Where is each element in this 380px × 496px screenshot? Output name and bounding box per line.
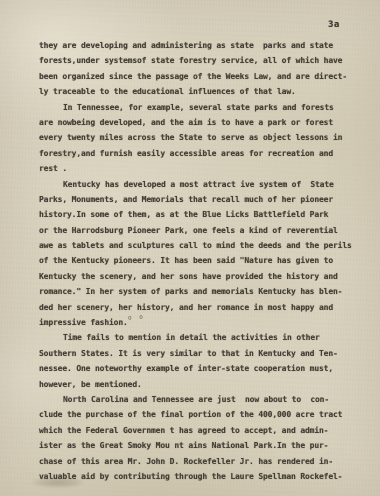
text-line: impressive fashion. <box>39 315 359 330</box>
text-line: Time fails to mention in detail the acti… <box>39 330 359 345</box>
text-line: Kentucky has developed a most attract iv… <box>39 177 359 192</box>
text-line: ded her scenery, her history, and her ro… <box>39 300 359 315</box>
page-number: 3a <box>328 20 340 30</box>
text-line: are nowbeing developed, and the aim is t… <box>39 115 359 130</box>
text-line: every twenty miles across the State to s… <box>39 130 359 145</box>
text-line: valuable aid by contributing through the… <box>39 469 359 484</box>
text-line: awe as tablets and sculptures call to mi… <box>39 238 359 253</box>
text-line: they are developing and administering as… <box>39 38 359 53</box>
text-line: forestry,and furnish easily accessible a… <box>39 146 359 161</box>
text-line: North Carolina and Tennessee are just no… <box>39 392 359 407</box>
text-line: of the Kentucky pioneers. It has been sa… <box>39 253 359 268</box>
document-page: 3a they are developing and administering… <box>0 0 380 496</box>
text-line: or the Harrodsburg Pioneer Park, one fee… <box>39 223 359 238</box>
text-line: been organized since the passage of the … <box>39 69 359 84</box>
text-line: Southern States. It is very similar to t… <box>39 346 359 361</box>
text-line: nessee. One noteworthy example of inter-… <box>39 361 359 376</box>
text-line: Parks, Monuments, and Memorials that rec… <box>39 192 359 207</box>
text-line: which the Federal Governmen t has agreed… <box>39 423 359 438</box>
text-line: Kentucky the scenery, and her sons have … <box>39 269 359 284</box>
text-line: rest . <box>39 161 359 176</box>
document-body: they are developing and administering as… <box>39 38 359 484</box>
text-line: In Tennessee, for example, several state… <box>39 100 359 115</box>
text-line: romance." In her system of parks and mem… <box>39 284 359 299</box>
text-line: forests,under systemsof state forestry s… <box>39 53 359 68</box>
text-line: ly traceable to the educational influenc… <box>39 84 359 99</box>
erasure-smudge <box>52 150 78 159</box>
text-line: however, be mentioned. <box>39 377 359 392</box>
text-line: chase of this area Mr. John D. Rockefell… <box>39 454 359 469</box>
ink-smudge-bottom <box>32 477 84 488</box>
stray-typed-marks: o o <box>128 313 145 321</box>
text-line: history.In some of them, as at the Blue … <box>39 207 359 222</box>
text-line: clude the purchase of the final portion … <box>39 407 359 422</box>
text-line: ister as the Great Smoky Mou nt ains Nat… <box>39 438 359 453</box>
